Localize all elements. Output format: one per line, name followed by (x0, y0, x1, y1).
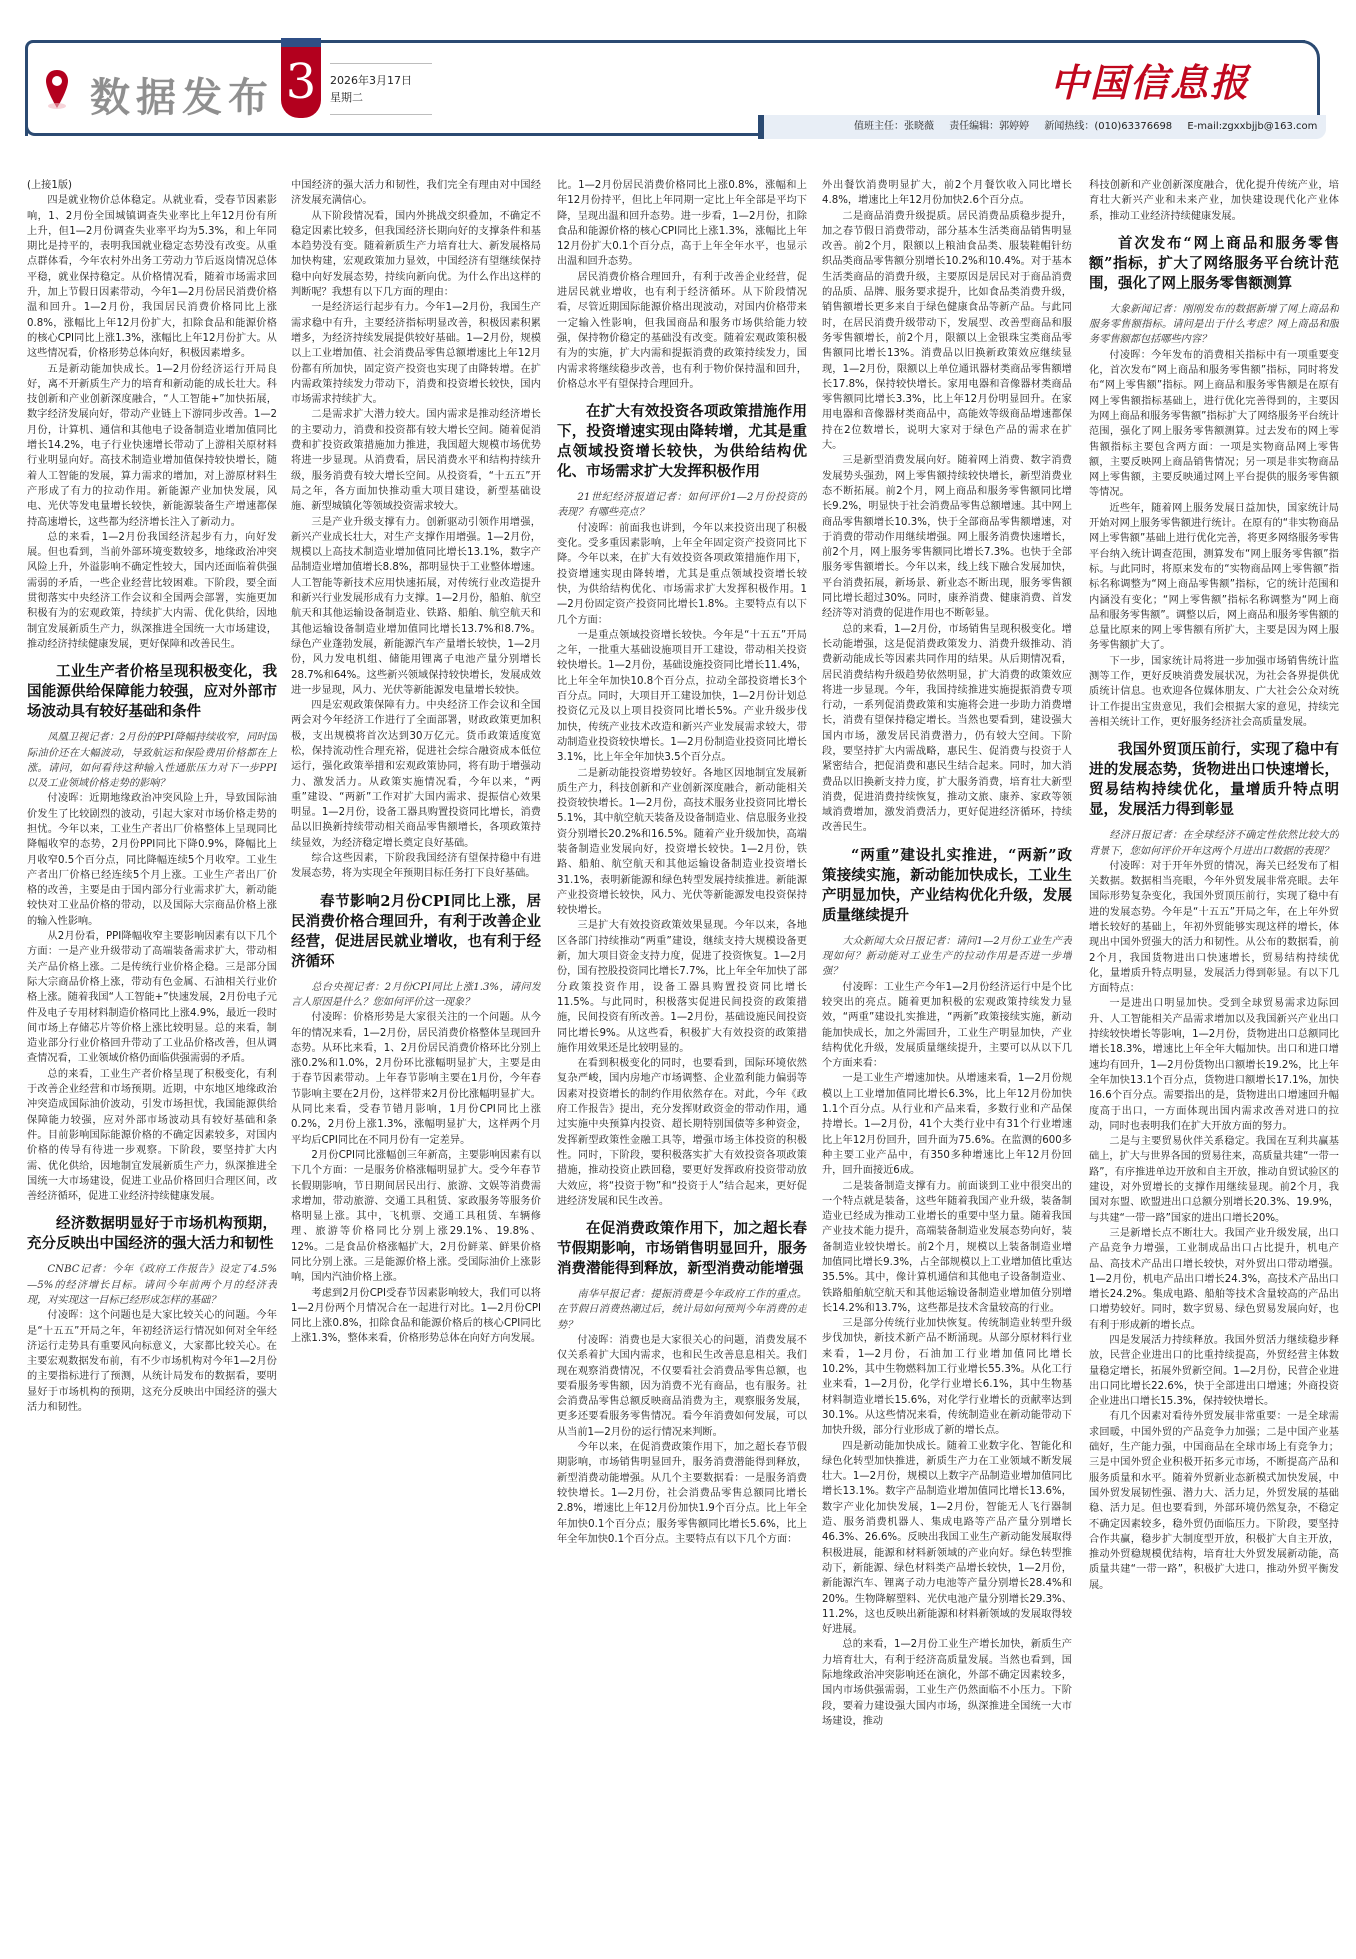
subheading: 经济数据明显好于市场机构预期，充分反映出中国经济的强大活力和韧性 (27, 1214, 277, 1254)
paragraph: 五是新动能加快成长。1—2月份经济运行开局良好，离不开新质生产力的培育和新动能的… (27, 362, 277, 530)
paragraph: 今年以来，在促消费政策作用下，加之超长春节假期影响，市场销售明显回升，服务消费潜… (557, 1440, 807, 1547)
paragraph: 从2月份看，PPI降幅收窄主要影响因素有以下几个方面：一是产业升级带动了高端装备… (27, 929, 277, 1067)
subheading: “两重”建设扎实推进，“两新”政策接续实施，新动能加快成长，工业生产明显加快，产… (822, 846, 1072, 926)
paragraph: 一是工业生产增速加快。从增速来看，1—2月份规模以上工业增加值同比增长6.3%，… (822, 1071, 1072, 1178)
newspaper-logo: 中国信息报 (1050, 52, 1250, 107)
paragraph: 从下阶段情况看，国内外挑战交织叠加，不确定不稳定因素比较多，但我国经济长期向好的… (291, 209, 541, 301)
paragraph: 付凌晖：价格形势是大家很关注的一个问题。从今年的情况来看，1—2月份，居民消费价… (291, 1010, 541, 1148)
column-3: 比。1—2月份居民消费价格同比上涨0.8%，涨幅和上年12月份持平，但比上年同期… (557, 178, 807, 1948)
issue-date-block: 2026年3月17日 星期二 (330, 63, 432, 115)
column-2: 中国经济的强大活力和韧性，我们完全有理由对中国经济发展充满信心。 从下阶段情况看… (291, 178, 541, 1948)
paragraph: 四是就业物价总体稳定。从就业看，受春节因素影响，1、2月份全国城镇调查失业率比上… (27, 193, 277, 361)
responsible-editor: 责任编辑：郭婷婷 (949, 121, 1029, 132)
page-number: 3 (281, 54, 321, 110)
issue-weekday: 星期二 (330, 89, 432, 106)
paragraph: 一是重点领域投资增长较快。今年是“十五五”开局之年，一批重大基础设施项目开工建设… (557, 628, 807, 766)
paragraph: 比。1—2月份居民消费价格同比上涨0.8%，涨幅和上年12月份持平，但比上年同期… (557, 178, 807, 270)
reporter-question: 大众新闻大众日报记者：请问1—2月份工业生产表现如何？新动能对工业生产的拉动作用… (822, 934, 1072, 980)
subheading: 首次发布“网上商品和服务零售额”指标，扩大了网络服务平台统计范围，强化了网上服务… (1089, 234, 1339, 294)
paragraph: 二是商品消费升级提质。居民消费品质稳步提升，加之春节假日消费带动，部分基本生活类… (822, 209, 1072, 454)
reporter-question: 大象新闻记者：刚刚发布的数据新增了网上商品和服务零售额指标。请问是出于什么考虑？… (1089, 302, 1339, 348)
paragraph: 三是部分传统行业加快恢复。传统制造业转型升级步伐加快，新技术新产品不断涌现。从部… (822, 1316, 1072, 1438)
paragraph: 综合这些因素，下阶段我国经济有望保持稳中有进发展态势，将为实现全年预期目标任务打… (291, 851, 541, 882)
paragraph: 一是经济运行起步有力。今年1—2月份，我国生产需求稳中有升，主要经济指标明显改善… (291, 300, 541, 407)
column-5: 科技创新和产业创新深度融合，优化提升传统产业，培育壮大新兴产业和未来产业，加快建… (1089, 178, 1339, 1948)
section-title: 数据发布 (90, 66, 274, 123)
subheading: 在促消费政策作用下，加之超长春节假期影响，市场销售明显回升，服务消费潜能得到释放… (557, 1219, 807, 1279)
paragraph: 付凌晖：消费也是大家很关心的问题，消费发展不仅关系着扩大国内需求，也和民生改善息… (557, 1333, 807, 1440)
page-number-tab: 3 (281, 38, 321, 118)
paragraph: 三是新增长点不断壮大。我国产业升级发展，出口产品竞争力增强，工业制成品出口占比提… (1089, 1226, 1339, 1333)
paragraph: 付凌晖：工业生产今年1—2月份经济运行中是个比较突出的亮点。随着更加积极的宏观政… (822, 980, 1072, 1072)
reporter-question: CNBC记者：今年《政府工作报告》设定了4.5%—5%的经济增长目标。请问今年前… (27, 1262, 277, 1308)
paragraph: 付凌晖：今年发布的消费相关指标中有一项重要变化，首次发布“网上商品和服务零售额”… (1089, 348, 1339, 501)
paragraph: 中国经济的强大活力和韧性，我们完全有理由对中国经济发展充满信心。 (291, 178, 541, 209)
paragraph: 近些年，随着网上服务发展日益加快，国家统计局开始对网上服务零售额进行统计。在原有… (1089, 501, 1339, 654)
paragraph: 二是新动能投资增势较好。各地区因地制宜发展新质生产力，科技创新和产业创新深度融合… (557, 766, 807, 919)
paragraph: 总的来看，工业生产者价格呈现了积极变化，有利于改善企业经营和市场预期。近期，中东… (27, 1067, 277, 1205)
news-hotline: 新闻热线：(010)63376698 (1044, 121, 1172, 132)
column-1: (上接1版) 四是就业物价总体稳定。从就业看，受春节因素影响，1、2月份全国城镇… (27, 178, 277, 1948)
paragraph: 付凌晖：前面我也讲到，今年以来投资出现了积极变化。受多重因素影响，上年全年固定资… (557, 521, 807, 628)
subheading: 春节影响2月份CPI同比上涨，居民消费价格合理回升，有利于改善企业经营，促进居民… (291, 892, 541, 972)
paragraph: 2月份CPI同比涨幅创三年新高，主要影响因素有以下几个方面：一是服务价格涨幅明显… (291, 1148, 541, 1286)
paragraph: 付凌晖：这个问题也是大家比较关心的问题。今年是“十五五”开局之年，年初经济运行情… (27, 1308, 277, 1415)
paragraph: 四是新动能加快成长。随着工业数字化、智能化和绿色化转型加快推进，新质生产力在工业… (822, 1439, 1072, 1638)
subheading: 在扩大有效投资各项政策措施作用下，投资增速实现由降转增，尤其是重点领域投资增长较… (557, 402, 807, 482)
subheading: 我国外贸顶压前行，实现了稳中有进的发展态势，货物进出口快速增长，贸易结构持续优化… (1089, 740, 1339, 820)
reporter-question: 21世纪经济报道记者：如何评价1—2月份投资的表现？有哪些亮点？ (557, 490, 807, 521)
reporter-question: 南华早报记者：提振消费是今年政府工作的重点。在节假日消费热潮过后，统计局如何预判… (557, 1287, 807, 1333)
info-bar-rule (330, 133, 770, 135)
paragraph: 四是宏观政策保障有力。中央经济工作会议和全国两会对今年经济工作进行了全面部署，财… (291, 698, 541, 851)
paragraph: 下一步，国家统计局将进一步加强市场销售统计监测等工作，更好反映消费发展状况，为社… (1089, 654, 1339, 730)
reporter-question: 总台央视记者：2月份CPI同比上涨1.3%，请问发言人原因是什么？您如何评价这一… (291, 980, 541, 1011)
paragraph: 总的来看，1—2月份，市场销售呈现积极变化。增长动能增强，这是促消费政策发力、消… (822, 622, 1072, 836)
paragraph: 总的来看，1—2月份工业生产增长加快，新质生产力培育壮大，有利于经济高质量发展。… (822, 1637, 1072, 1729)
duty-director: 值班主任：张晓薇 (854, 121, 934, 132)
paragraph: 二是与主要贸易伙伴关系稳定。我国在互利共赢基础上，扩大与世界各国的贸易往来，高质… (1089, 1134, 1339, 1226)
paragraph: 付凌晖：近期地缘政治冲突风险上升，导致国际油价发生了比较剧烈的波动，引起大家对市… (27, 791, 277, 929)
issue-date: 2026年3月17日 (330, 72, 432, 89)
paragraph: 总的来看，1—2月份我国经济起步有力，向好发展。但也看到，当前外部环境变数较多，… (27, 530, 277, 652)
editorial-info-bar: 值班主任：张晓薇 责任编辑：郭婷婷 新闻热线：(010)63376698 E-m… (758, 115, 1326, 139)
paragraph: 三是扩大有效投资政策效果显现。今年以来，各地区各部门持续推动“两重”建设，继续支… (557, 918, 807, 1056)
paragraph: 有几个因素对看待外贸发展非常重要：一是全球需求回暖，中国外贸的产品竞争力加强；二… (1089, 1409, 1339, 1593)
paragraph: 二是需求扩大潜力较大。国内需求是推动经济增长的主要动力，消费和投资都有较大增长空… (291, 407, 541, 514)
column-4: 外出餐饮消费明显扩大，前2个月餐饮收入同比增长4.8%，增速比上年12月份加快2… (822, 178, 1072, 1948)
paragraph: 四是发展活力持续释放。我国外贸活力继续稳步释放，民营企业进出口的比重持续提高，外… (1089, 1333, 1339, 1409)
continued-from-note: (上接1版) (27, 178, 277, 193)
paragraph: 在看到积极变化的同时，也要看到，国际环境依然复杂严峻，国内房地产市场调整、企业盈… (557, 1056, 807, 1209)
paragraph: 科技创新和产业创新深度融合，优化提升传统产业，培育壮大新兴产业和未来产业，加快建… (1089, 178, 1339, 224)
reporter-question: 凤凰卫视记者：2月份的PPI降幅持续收窄，同时国际油价还在大幅波动，导致航运和保… (27, 730, 277, 791)
paragraph: 考虑到2月份CPI受春节因素影响较大，我们可以将1—2月份两个月情况合在一起进行… (291, 1286, 541, 1347)
paragraph: 三是产业升级支撑有力。创新驱动引领作用增强，新兴产业成长壮大，对生产支撑作用增强… (291, 515, 541, 699)
paragraph: 居民消费价格合理回升，有利于改善企业经营，促进居民就业增收，也有利于经济循环。从… (557, 270, 807, 392)
subheading: 工业生产者价格呈现积极变化，我国能源供给保障能力较强，应对外部市场波动具有较好基… (27, 662, 277, 722)
paragraph: 外出餐饮消费明显扩大，前2个月餐饮收入同比增长4.8%，增速比上年12月份加快2… (822, 178, 1072, 209)
paragraph: 二是装备制造支撑有力。前面谈到工业中很突出的一个特点就是装备，这些年随着我国产业… (822, 1179, 1072, 1317)
location-pin-icon (44, 68, 70, 114)
contact-email[interactable]: E-mail:zgxxbjjb@163.com (1187, 121, 1317, 132)
reporter-question: 经济日报记者：在全球经济不确定性依然比较大的背景下，您如何评价开年这两个月进出口… (1089, 828, 1339, 859)
article-body: (上接1版) 四是就业物价总体稳定。从就业看，受春节因素影响，1、2月份全国城镇… (27, 178, 1337, 1948)
paragraph: 付凌晖：对于开年外贸的情况，海关已经发布了相关数据。数据相当亮眼，今年外贸发展非… (1089, 859, 1339, 997)
paragraph: 一是进出口明显加快。受到全球贸易需求边际回升、人工智能相关产品需求增加以及我国新… (1089, 996, 1339, 1134)
page-number-tab-cap (281, 38, 321, 47)
paragraph: 三是新型消费发展向好。随着网上消费、数字消费发展势头强劲，网上零售额持续较快增长… (822, 453, 1072, 621)
